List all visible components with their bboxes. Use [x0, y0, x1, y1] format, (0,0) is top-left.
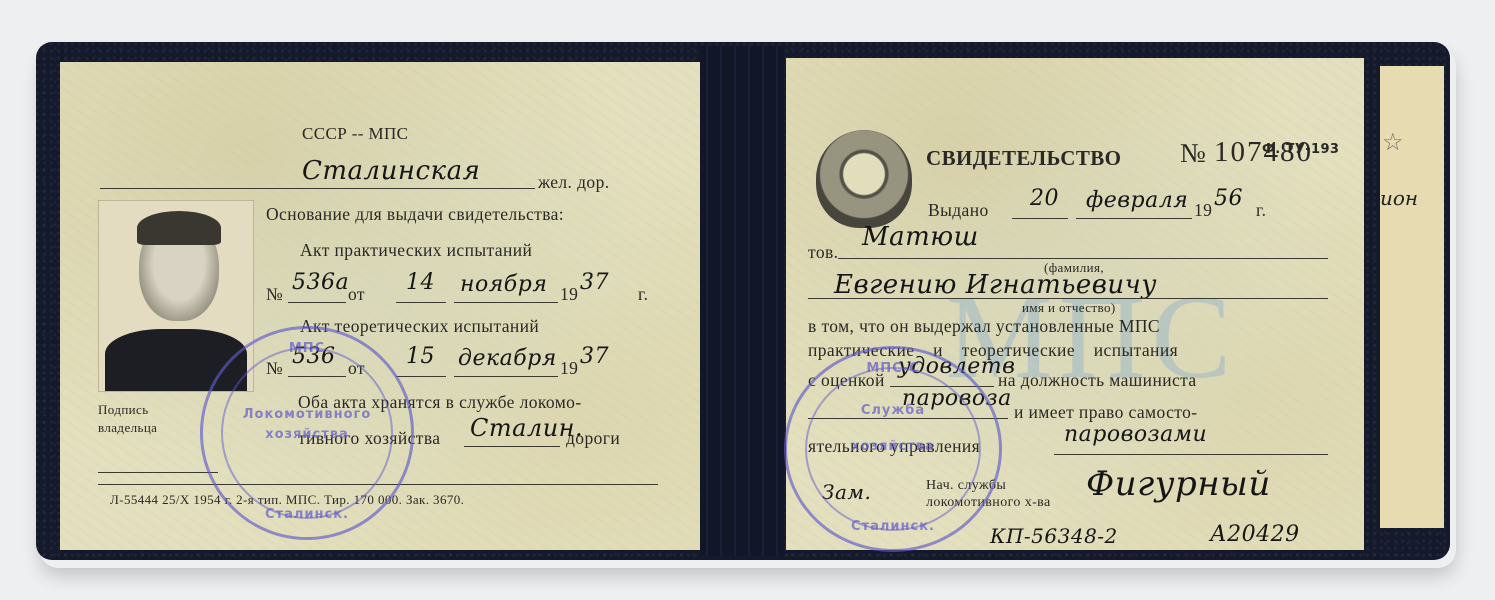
control-line	[1054, 454, 1328, 455]
position-suffix: и имеет право самосто-	[1014, 402, 1197, 423]
certificate-title: СВИДЕТЕЛЬСТВО	[926, 146, 1121, 171]
practical-act-label: Акт практических испытаний	[300, 240, 532, 261]
right-page: МПС Ф. ТУ-193 СВИДЕТЕЛЬСТВО № 107480 Выд…	[786, 58, 1364, 550]
railway-name-line	[100, 188, 535, 189]
practical-day: 14	[406, 270, 435, 295]
issued-day: 20	[1030, 186, 1059, 211]
holder-signature-line	[98, 472, 218, 473]
serial-code: А20429	[1210, 522, 1300, 547]
photo-hair	[137, 211, 221, 245]
left-stamp-text-bottom: Сталинск.	[203, 507, 411, 522]
right-official-stamp: МПС-С Служба хозяйства Сталинск.	[784, 346, 1002, 552]
storage-railway-line	[464, 446, 560, 447]
theory-month: декабря	[458, 346, 557, 371]
theory-year-suffix: 37	[580, 344, 609, 369]
edge-handwritten-fragment: ион	[1380, 186, 1418, 210]
certificate-number-prefix: №	[1180, 138, 1206, 169]
issued-year-unit: г.	[1256, 200, 1266, 221]
surname-handwritten: Матюш	[862, 222, 979, 252]
railway-suffix: жел. дор.	[538, 172, 610, 193]
issued-month: февраля	[1086, 188, 1188, 213]
left-official-stamp: МПС Локомотивного хозяйства Сталинск.	[200, 326, 414, 540]
body-line-1: в том, что он выдержал установленные МПС	[808, 316, 1160, 337]
theory-day-line	[396, 376, 446, 377]
issued-day-line	[1012, 218, 1068, 219]
next-page-edge: ☆ ион	[1380, 66, 1444, 528]
booklet-spine	[700, 46, 784, 556]
practical-year-unit: г.	[638, 284, 648, 305]
certificate-number: 107480	[1214, 136, 1313, 169]
star-mark-icon: ☆	[1382, 128, 1404, 157]
practical-month-line	[454, 302, 558, 303]
left-stamp-text-middle: Локомотивного	[203, 407, 411, 422]
ussr-emblem-icon	[816, 130, 912, 228]
issued-year-prefix: 19	[1194, 200, 1212, 221]
practical-day-line	[396, 302, 446, 303]
practical-no-prefix: №	[266, 284, 283, 305]
comrade-label: тов.	[808, 242, 838, 263]
control-handwritten: паровозами	[1064, 422, 1207, 447]
name-caption: имя и отчество)	[1022, 300, 1116, 316]
basis-label: Основание для выдачи свидетельства:	[266, 204, 564, 225]
theory-month-line	[454, 376, 558, 377]
holder-signature-label-2: владельца	[98, 420, 157, 436]
issued-year-suffix: 56	[1214, 186, 1243, 211]
chief-signature: Фигурный	[1086, 464, 1271, 504]
name-line	[808, 298, 1328, 299]
surname-line	[838, 258, 1328, 259]
right-stamp-text-service: Служба	[787, 403, 999, 418]
right-stamp-text-top: МПС-С	[787, 361, 999, 376]
name-patronymic-handwritten: Евгению Игнатьевичу	[834, 270, 1157, 300]
railway-name-handwritten: Сталинская	[302, 156, 480, 186]
left-stamp-text-top: МПС	[203, 341, 411, 356]
right-stamp-text-bottom: Сталинск.	[787, 519, 999, 534]
storage-line-2-suffix: дороги	[566, 428, 620, 449]
theory-year-prefix: 19	[560, 358, 578, 379]
right-stamp-text-lower: хозяйства	[787, 439, 999, 454]
holder-signature-label-1: Подпись	[98, 402, 149, 418]
practical-number-line	[288, 302, 346, 303]
practical-month: ноября	[460, 272, 547, 297]
issued-month-line	[1076, 218, 1192, 219]
practical-year-suffix: 37	[580, 270, 609, 295]
issued-label: Выдано	[928, 200, 989, 221]
practical-act-number: 536а	[292, 270, 349, 295]
practical-year-prefix: 19	[560, 284, 578, 305]
serial-handwritten: КП-56348-2	[990, 524, 1118, 548]
left-page: СССР -- МПС Сталинская жел. дор. Основан…	[60, 62, 700, 550]
left-stamp-text-lower: хозяйства	[203, 427, 411, 442]
header-ussr-mps: СССР -- МПС	[302, 124, 408, 144]
practical-from-label: от	[348, 284, 365, 305]
grade-suffix: на должность машиниста	[998, 370, 1197, 391]
